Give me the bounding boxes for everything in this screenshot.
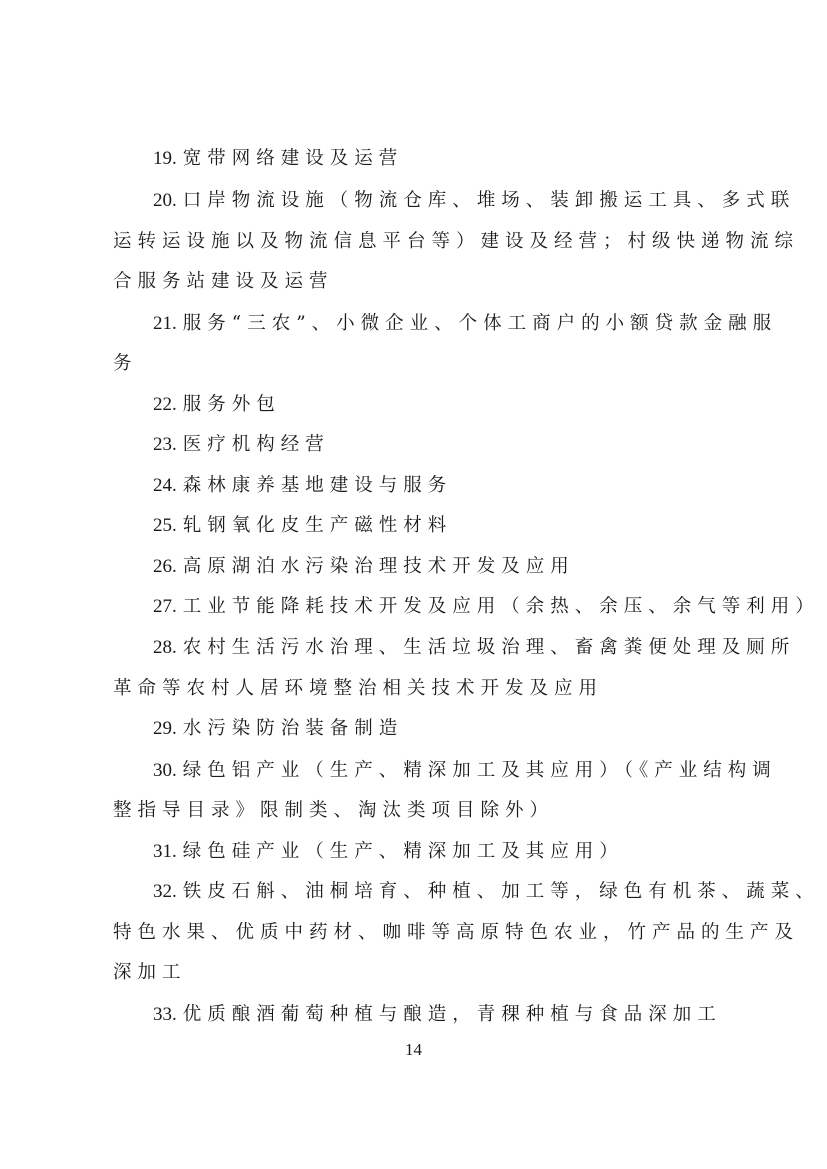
item-number: 24.: [153, 475, 177, 496]
item-text: 工业节能降耗技术开发及应用（余热、余压、余气等利用）: [183, 596, 820, 617]
item-number: 27.: [153, 596, 177, 617]
item-number: 20.: [153, 190, 177, 211]
item-text: 运转运设施以及物流信息平台等）建设及经营；村级快递物流综: [113, 231, 799, 252]
list-item-31: 31.绿色硅产业（生产、精深加工及其应用）: [153, 837, 720, 865]
list-item-32-continuation: 特色水果、优质中药材、咖啡等高原特色农业，竹产品的生产及: [113, 918, 720, 946]
list-item-32: 32.铁皮石斛、油桐培育、种植、加工等，绿色有机茶、蔬菜、: [153, 877, 720, 905]
item-text: 高原湖泊水污染治理技术开发及应用: [183, 556, 575, 577]
item-text: 宽带网络建设及运营: [183, 148, 404, 169]
list-item-24: 24.森林康养基地建设与服务: [153, 471, 720, 499]
item-text: 合服务站建设及运营: [113, 271, 334, 292]
item-number: 28.: [153, 637, 177, 658]
list-item-30-continuation: 整指导目录》限制类、淘汰类项目除外）: [113, 796, 720, 824]
list-item-22: 22.服务外包: [153, 390, 720, 418]
item-text: 医疗机构经营: [183, 434, 330, 455]
item-number: 22.: [153, 394, 177, 415]
list-item-19: 19.宽带网络建设及运营: [153, 144, 720, 172]
item-text: 整指导目录》限制类、淘汰类项目除外）: [113, 800, 554, 821]
list-item-20-continuation: 运转运设施以及物流信息平台等）建设及经营；村级快递物流综: [113, 227, 720, 255]
list-item-21: 21.服务“三农”、小微企业、个体工商户的小额贷款金融服: [153, 309, 720, 337]
item-text: 绿色硅产业（生产、精深加工及其应用）: [183, 841, 624, 862]
item-number: 32.: [153, 881, 177, 902]
item-text: 口岸物流设施（物流仓库、堆场、装卸搬运工具、多式联: [183, 190, 796, 211]
item-number: 31.: [153, 841, 177, 862]
list-item-28: 28.农村生活污水治理、生活垃圾治理、畜禽粪便处理及厕所: [153, 633, 720, 661]
item-text: 深加工: [113, 962, 187, 983]
list-item-27: 27.工业节能降耗技术开发及应用（余热、余压、余气等利用）: [153, 592, 720, 620]
item-number: 19.: [153, 148, 177, 169]
list-item-33: 33.优质酿酒葡萄种植与酿造，青稞种植与食品深加工: [153, 1000, 720, 1028]
item-text: 优质酿酒葡萄种植与酿造，青稞种植与食品深加工: [183, 1004, 722, 1025]
item-text: 服务外包: [183, 394, 281, 415]
item-text: 务: [113, 353, 138, 374]
item-number: 23.: [153, 434, 177, 455]
item-text: 农村生活污水治理、生活垃圾治理、畜禽粪便处理及厕所: [183, 637, 796, 658]
item-text: 水污染防治装备制造: [183, 718, 404, 739]
list-item-26: 26.高原湖泊水污染治理技术开发及应用: [153, 552, 720, 580]
list-item-30: 30.绿色铝产业（生产、精深加工及其应用）（《产业结构调: [153, 756, 720, 784]
item-text: 轧钢氧化皮生产磁性材料: [183, 515, 453, 536]
page-number: 14: [0, 1040, 827, 1060]
list-item-32-continuation: 深加工: [113, 958, 720, 986]
item-text: 革命等农村人居环境整治相关技术开发及应用: [113, 678, 603, 699]
item-number: 21.: [153, 313, 177, 334]
list-item-20-continuation: 合服务站建设及运营: [113, 267, 720, 295]
list-item-20: 20.口岸物流设施（物流仓库、堆场、装卸搬运工具、多式联: [153, 186, 720, 214]
item-text: 森林康养基地建设与服务: [183, 475, 453, 496]
list-item-28-continuation: 革命等农村人居环境整治相关技术开发及应用: [113, 674, 720, 702]
item-text: 服务“三农”、小微企业、个体工商户的小额贷款金融服: [183, 313, 777, 334]
list-item-21-continuation: 务: [113, 349, 720, 377]
item-text: 绿色铝产业（生产、精深加工及其应用）（《产业结构调: [183, 760, 777, 781]
item-text: 铁皮石斛、油桐培育、种植、加工等，绿色有机茶、蔬菜、: [183, 881, 820, 902]
list-item-25: 25.轧钢氧化皮生产磁性材料: [153, 511, 720, 539]
list-item-23: 23.医疗机构经营: [153, 430, 720, 458]
item-number: 26.: [153, 556, 177, 577]
document-page: 19.宽带网络建设及运营 20.口岸物流设施（物流仓库、堆场、装卸搬运工具、多式…: [0, 0, 827, 1169]
item-number: 25.: [153, 515, 177, 536]
list-item-29: 29.水污染防治装备制造: [153, 714, 720, 742]
item-text: 特色水果、优质中药材、咖啡等高原特色农业，竹产品的生产及: [113, 922, 799, 943]
item-number: 30.: [153, 760, 177, 781]
item-number: 33.: [153, 1004, 177, 1025]
item-number: 29.: [153, 718, 177, 739]
